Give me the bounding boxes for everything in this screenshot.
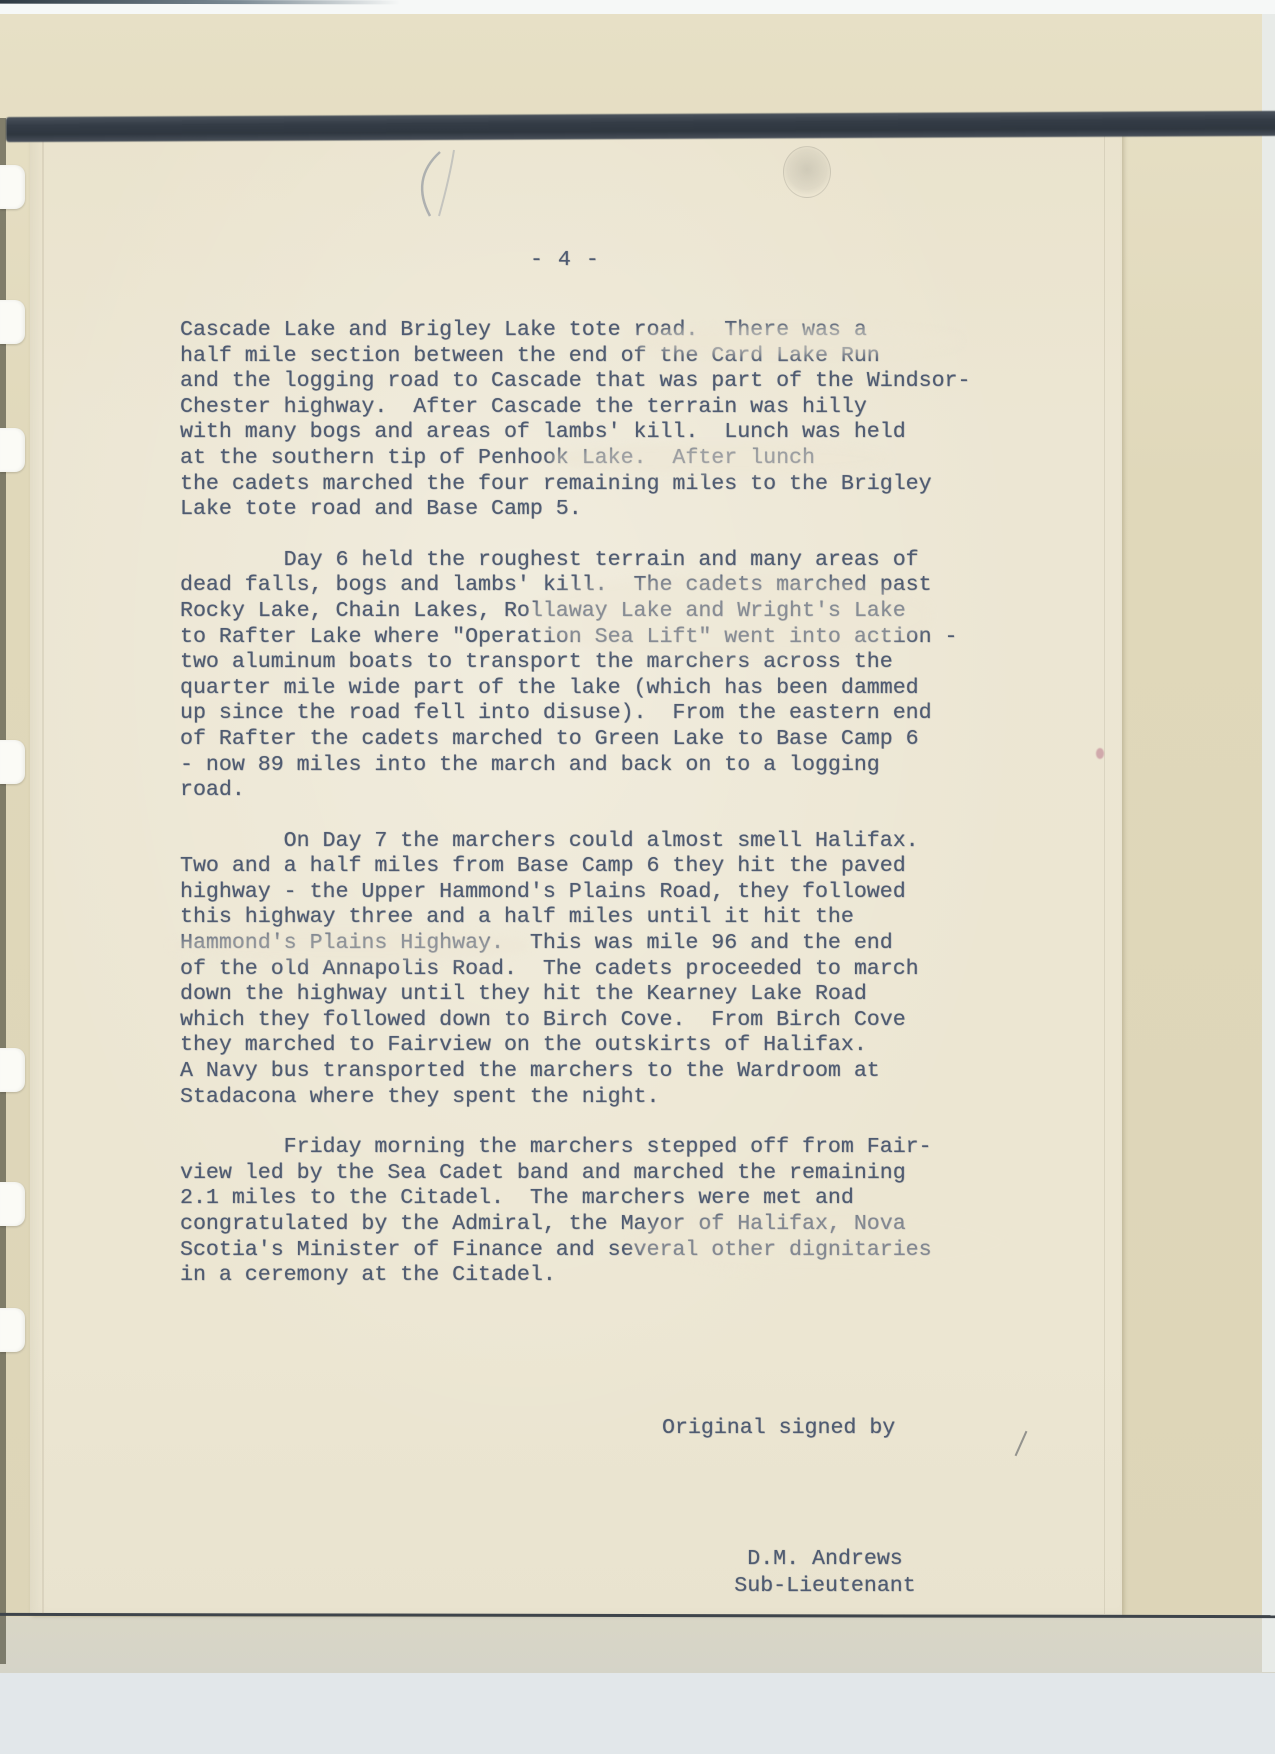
scanner-bottom-strip — [0, 1673, 1275, 1754]
signoff-text: Original signed by — [662, 1416, 895, 1440]
scanner-right-strip — [1262, 0, 1275, 1672]
binder-hole — [0, 300, 25, 344]
pencil-scribble-mark — [408, 148, 468, 220]
page-crease — [1104, 130, 1105, 1614]
ink-dot-mark — [1096, 748, 1104, 759]
embossed-seal-mark — [783, 146, 831, 198]
signature-title: Sub-Lieutenant — [660, 1573, 990, 1600]
binder-hole — [0, 1182, 25, 1226]
binder-hole — [0, 428, 25, 472]
document-page: - 4 - Cascade Lake and Brigley Lake tote… — [30, 128, 1122, 1616]
paragraph-1: Cascade Lake and Brigley Lake tote road.… — [180, 318, 1010, 523]
backdrop-bottom-band — [0, 1617, 1275, 1673]
page-number: - 4 - — [530, 248, 600, 272]
binder-hole — [0, 1308, 25, 1352]
signature-name: D.M. Andrews — [660, 1546, 990, 1573]
body-text: Cascade Lake and Brigley Lake tote road.… — [180, 318, 1010, 1314]
signature-block: D.M. Andrews Sub-Lieutenant — [660, 1546, 990, 1600]
paragraph-4: Friday morning the marchers stepped off … — [180, 1135, 1010, 1289]
paragraph-3: On Day 7 the marchers could almost smell… — [180, 829, 1010, 1111]
page-crease — [42, 130, 44, 1614]
paragraph-2: Day 6 held the roughest terrain and many… — [180, 548, 1010, 804]
scanned-document: - 4 - Cascade Lake and Brigley Lake tote… — [0, 0, 1275, 1754]
binder-hole — [0, 1048, 25, 1092]
binder-hole — [0, 165, 25, 209]
page-left-edge — [0, 118, 6, 1664]
binder-hole — [0, 740, 25, 784]
